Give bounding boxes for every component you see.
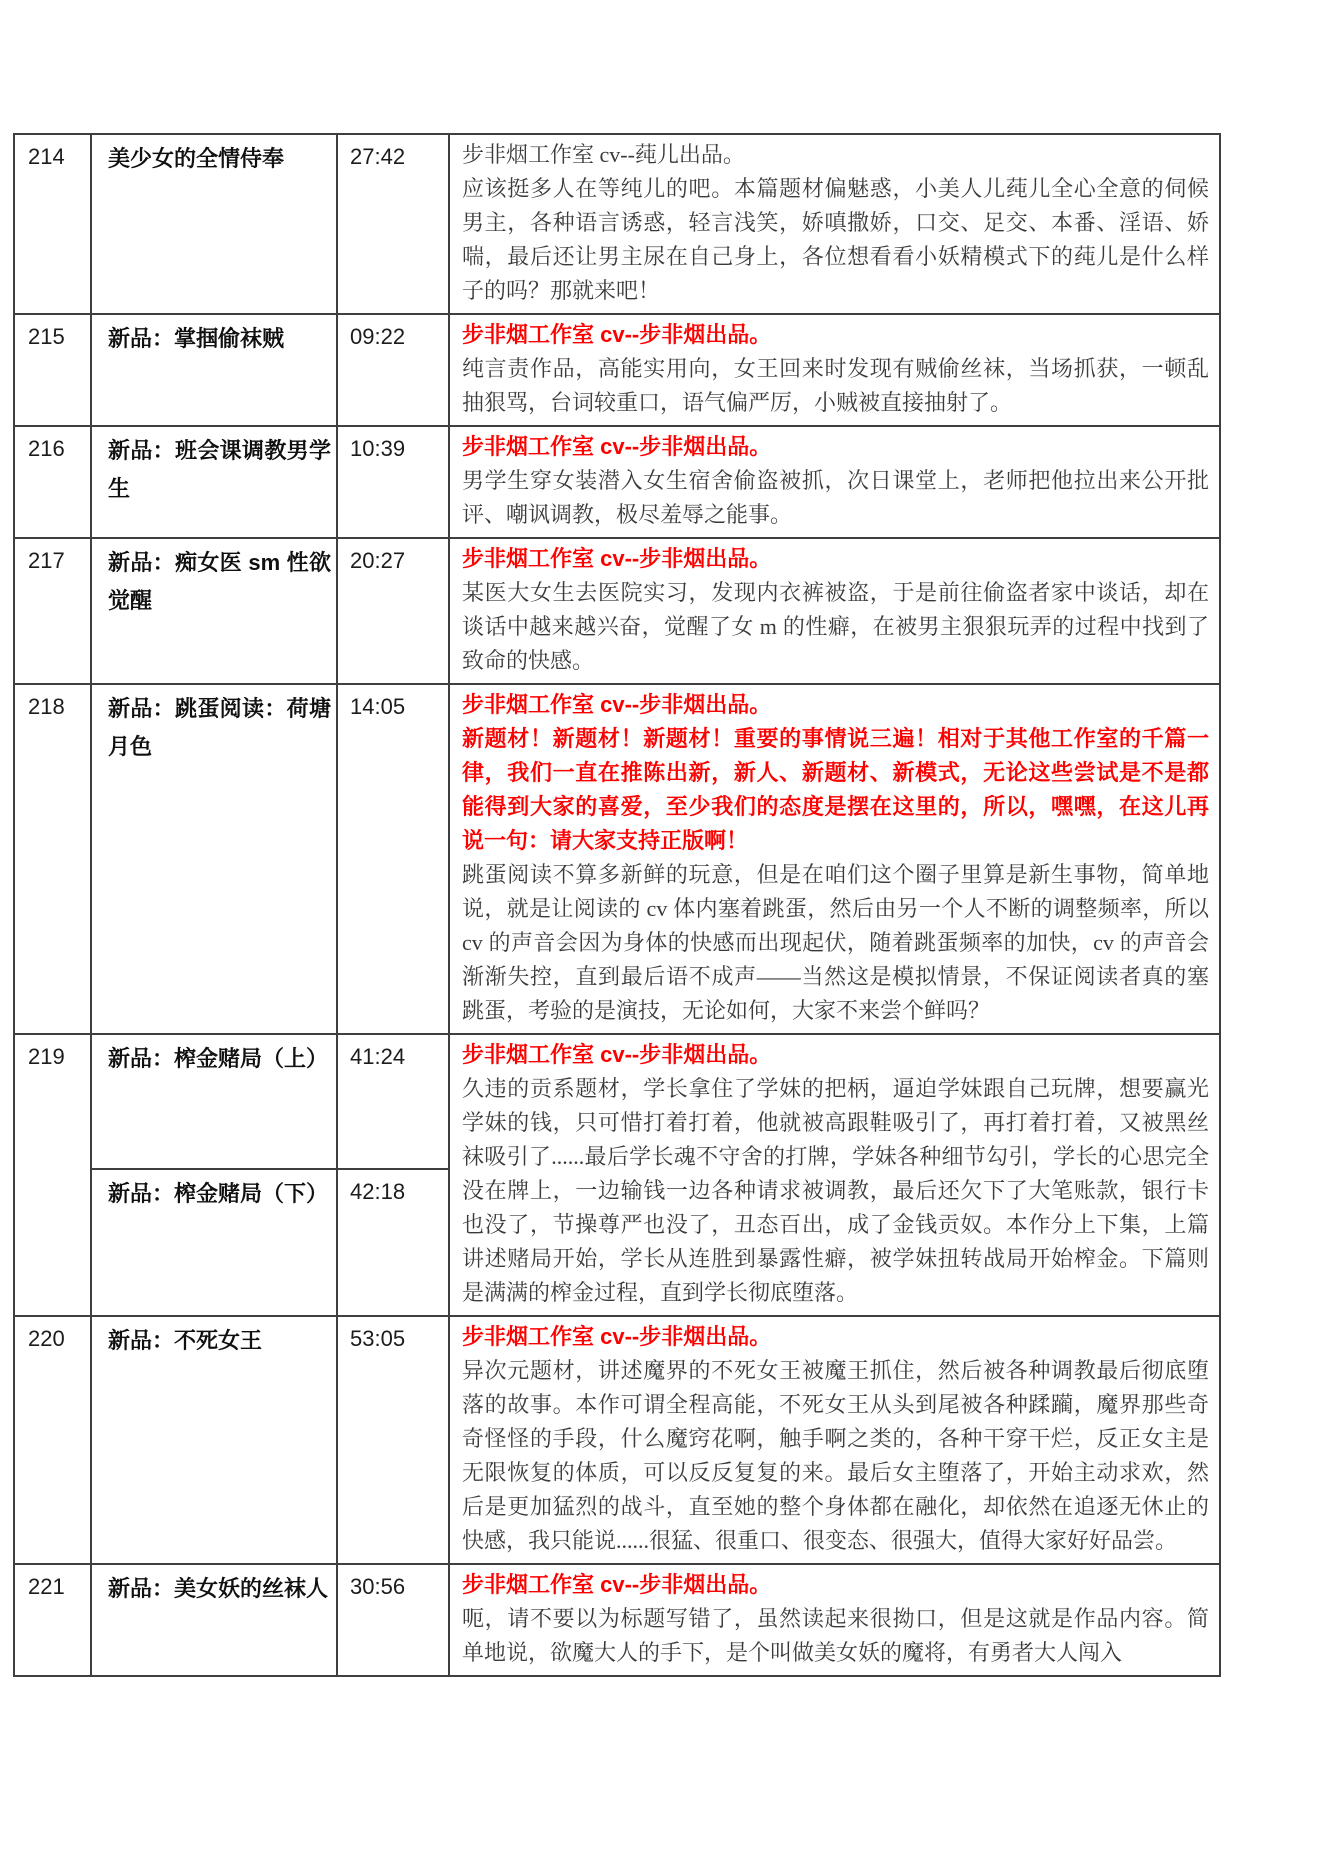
description-paragraph: 久违的贡系题材，学长拿住了学妹的把柄，逼迫学妹跟自己玩牌，想要赢光学妹的钱，只可… — [462, 1072, 1209, 1310]
description-paragraph: 某医大女生去医院实习，发现内衣裤被盗，于是前往偷盗者家中谈话，却在谈话中越来越兴… — [462, 576, 1209, 678]
studio-credit-line: 新题材！新题材！新题材！重要的事情说三遍！相对于其他工作室的千篇一律，我们一直在… — [462, 722, 1209, 858]
duration-cell: 41:24 — [337, 1034, 449, 1169]
description-cell: 步非烟工作室 cv--步非烟出品。男学生穿女装潜入女生宿舍偷盗被抓，次日课堂上，… — [449, 426, 1220, 538]
row-number-cell: 221 — [14, 1564, 91, 1676]
description-cell: 步非烟工作室 cv--步非烟出品。新题材！新题材！新题材！重要的事情说三遍！相对… — [449, 684, 1220, 1034]
catalog-table: 214美少女的全情侍奉27:42步非烟工作室 cv--莼儿出品。应该挺多人在等纯… — [13, 133, 1221, 1677]
description-cell: 步非烟工作室 cv--步非烟出品。纯言责作品，高能实用向，女王回来时发现有贼偷丝… — [449, 314, 1220, 426]
document-page: 214美少女的全情侍奉27:42步非烟工作室 cv--莼儿出品。应该挺多人在等纯… — [0, 0, 1323, 1871]
row-number-cell: 218 — [14, 684, 91, 1034]
title-cell: 新品：美女妖的丝袜人 — [91, 1564, 337, 1676]
description-cell: 步非烟工作室 cv--步非烟出品。异次元题材，讲述魔界的不死女王被魔王抓住，然后… — [449, 1316, 1220, 1564]
duration-cell: 10:39 — [337, 426, 449, 538]
row-number-cell: 215 — [14, 314, 91, 426]
title-cell: 新品：痴女医 sm 性欲觉醒 — [91, 538, 337, 684]
description-paragraph: 步非烟工作室 cv--莼儿出品。 — [462, 138, 1209, 172]
table-row: 214美少女的全情侍奉27:42步非烟工作室 cv--莼儿出品。应该挺多人在等纯… — [14, 134, 1220, 314]
row-number-cell: 216 — [14, 426, 91, 538]
description-paragraph: 呃，请不要以为标题写错了，虽然读起来很拗口，但是这就是作品内容。简单地说，欲魔大… — [462, 1602, 1209, 1670]
title-cell: 新品：掌掴偷袜贼 — [91, 314, 337, 426]
description-cell: 步非烟工作室 cv--莼儿出品。应该挺多人在等纯儿的吧。本篇题材偏魅惑，小美人儿… — [449, 134, 1220, 314]
duration-cell: 53:05 — [337, 1316, 449, 1564]
row-number-cell: 214 — [14, 134, 91, 314]
studio-credit-line: 步非烟工作室 cv--步非烟出品。 — [462, 542, 1209, 576]
table-row: 216新品：班会课调教男学生10:39步非烟工作室 cv--步非烟出品。男学生穿… — [14, 426, 1220, 538]
description-paragraph: 跳蛋阅读不算多新鲜的玩意，但是在咱们这个圈子里算是新生事物，简单地说，就是让阅读… — [462, 858, 1209, 1028]
studio-credit-line: 步非烟工作室 cv--步非烟出品。 — [462, 430, 1209, 464]
table-row: 220新品：不死女王53:05步非烟工作室 cv--步非烟出品。异次元题材，讲述… — [14, 1316, 1220, 1564]
table-row: 215新品：掌掴偷袜贼09:22步非烟工作室 cv--步非烟出品。纯言责作品，高… — [14, 314, 1220, 426]
title-cell: 美少女的全情侍奉 — [91, 134, 337, 314]
title-cell: 新品：不死女王 — [91, 1316, 337, 1564]
studio-credit-line: 步非烟工作室 cv--步非烟出品。 — [462, 1320, 1209, 1354]
row-number-cell: 219 — [14, 1034, 91, 1316]
studio-credit-line: 步非烟工作室 cv--步非烟出品。 — [462, 318, 1209, 352]
studio-credit-line: 步非烟工作室 cv--步非烟出品。 — [462, 1038, 1209, 1072]
description-paragraph: 男学生穿女装潜入女生宿舍偷盗被抓，次日课堂上，老师把他拉出来公开批评、嘲讽调教，… — [462, 464, 1209, 532]
table-row: 219新品：榨金赌局（上）41:24步非烟工作室 cv--步非烟出品。久违的贡系… — [14, 1034, 1220, 1169]
catalog-table-body: 214美少女的全情侍奉27:42步非烟工作室 cv--莼儿出品。应该挺多人在等纯… — [14, 134, 1220, 1676]
description-cell: 步非烟工作室 cv--步非烟出品。久违的贡系题材，学长拿住了学妹的把柄，逼迫学妹… — [449, 1034, 1220, 1316]
duration-cell: 30:56 — [337, 1564, 449, 1676]
studio-credit-line: 步非烟工作室 cv--步非烟出品。 — [462, 688, 1209, 722]
duration-cell: 14:05 — [337, 684, 449, 1034]
table-row: 218新品：跳蛋阅读：荷塘月色14:05步非烟工作室 cv--步非烟出品。新题材… — [14, 684, 1220, 1034]
title-cell: 新品：榨金赌局（下） — [91, 1169, 337, 1316]
description-cell: 步非烟工作室 cv--步非烟出品。呃，请不要以为标题写错了，虽然读起来很拗口，但… — [449, 1564, 1220, 1676]
duration-cell: 42:18 — [337, 1169, 449, 1316]
duration-cell: 09:22 — [337, 314, 449, 426]
title-cell: 新品：班会课调教男学生 — [91, 426, 337, 538]
duration-cell: 20:27 — [337, 538, 449, 684]
studio-credit-line: 步非烟工作室 cv--步非烟出品。 — [462, 1568, 1209, 1602]
table-row: 217新品：痴女医 sm 性欲觉醒20:27步非烟工作室 cv--步非烟出品。某… — [14, 538, 1220, 684]
title-cell: 新品：跳蛋阅读：荷塘月色 — [91, 684, 337, 1034]
description-paragraph: 应该挺多人在等纯儿的吧。本篇题材偏魅惑，小美人儿莼儿全心全意的伺候男主，各种语言… — [462, 172, 1209, 308]
title-cell: 新品：榨金赌局（上） — [91, 1034, 337, 1169]
row-number-cell: 217 — [14, 538, 91, 684]
description-cell: 步非烟工作室 cv--步非烟出品。某医大女生去医院实习，发现内衣裤被盗，于是前往… — [449, 538, 1220, 684]
row-number-cell: 220 — [14, 1316, 91, 1564]
description-paragraph: 异次元题材，讲述魔界的不死女王被魔王抓住，然后被各种调教最后彻底堕落的故事。本作… — [462, 1354, 1209, 1558]
description-paragraph: 纯言责作品，高能实用向，女王回来时发现有贼偷丝袜，当场抓获，一顿乱抽狠骂，台词较… — [462, 352, 1209, 420]
table-row: 221新品：美女妖的丝袜人30:56步非烟工作室 cv--步非烟出品。呃，请不要… — [14, 1564, 1220, 1676]
duration-cell: 27:42 — [337, 134, 449, 314]
